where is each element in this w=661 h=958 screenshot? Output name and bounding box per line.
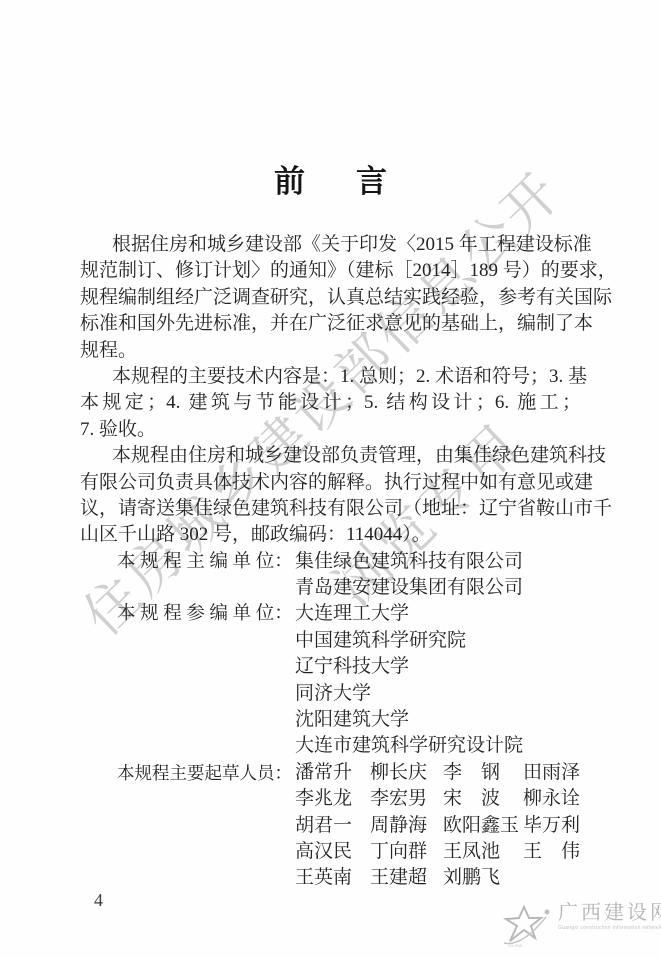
label-spacer (117, 786, 295, 812)
co-editor-unit: 辽宁科技大学 (295, 654, 409, 680)
drafter-name: 宋 波 (443, 786, 523, 812)
co-editor-row: 中国建筑科学研究院 (80, 628, 581, 654)
management-line: 山区千山路 302 号，邮政编码：114044）。 (80, 522, 581, 548)
drafters-label: 本规程主要起草人员： (117, 760, 295, 786)
label-spacer (117, 575, 295, 601)
drafter-names: 李兆龙 李宏男 宋 波 柳永诠 (295, 786, 581, 812)
drafter-name: 欧阳鑫玉 (443, 813, 523, 839)
drafter-name: 潘常升 (295, 760, 370, 786)
management-line: 议，请寄送集佳绿色建筑科技有限公司（地址：辽宁省鞍山市千 (80, 496, 581, 522)
intro-line: 规程。 (80, 338, 581, 364)
drafters-row: 胡君一 周静海 欧阳鑫玉 毕万利 (80, 813, 581, 839)
logo-tagline: Guangxi construction information network (558, 925, 661, 931)
label-spacer (117, 813, 295, 839)
drafter-names: 王英南 王建超 刘鹏飞 (295, 865, 581, 891)
drafters-row: 李兆龙 李宏男 宋 波 柳永诠 (80, 786, 581, 812)
drafter-name: 田雨泽 (523, 760, 581, 786)
drafter-name: 高汉民 (295, 839, 370, 865)
co-editor-row: 沈阳建筑大学 (80, 707, 581, 733)
site-logo: GXJSW 广西建设网 Guangxi construction informa… (500, 901, 658, 954)
drafter-name: 王 伟 (523, 839, 581, 865)
drafter-name: 柳永诠 (523, 786, 581, 812)
preface-body: 根据住房和城乡建设部《关于印发〈2015 年工程建设标准 规范制订、修订计划〉的… (80, 232, 581, 892)
contents-line: 7. 验收。 (80, 417, 581, 443)
drafter-name: 丁向群 (370, 839, 443, 865)
drafter-names: 胡君一 周静海 欧阳鑫玉 毕万利 (295, 813, 581, 839)
label-spacer (117, 865, 295, 891)
intro-line: 规范制订、修订计划〉的通知》（建标［2014］189 号）的要求， (80, 258, 581, 284)
co-editor-unit: 沈阳建筑大学 (295, 707, 409, 733)
management-line: 有限公司负责具体技术内容的解释。执行过程中如有意见或建 (80, 470, 581, 496)
chief-editor-row: 青岛建安建设集团有限公司 (80, 575, 581, 601)
drafter-name: 李宏男 (370, 786, 443, 812)
co-editor-row: 本 规 程 参 编 单 位： 大连理工大学 (80, 601, 581, 627)
drafter-name: 王建超 (370, 865, 443, 891)
contents-line: 本规程的主要技术内容是：1. 总则；2. 术语和符号；3. 基 (80, 364, 581, 390)
drafter-name: 周静海 (370, 813, 443, 839)
label-spacer (117, 654, 295, 680)
drafter-name: 毕万利 (523, 813, 581, 839)
drafter-name (523, 865, 581, 891)
co-editor-unit: 大连理工大学 (295, 601, 409, 627)
co-editor-unit: 同济大学 (295, 681, 371, 707)
drafters-row: 王英南 王建超 刘鹏飞 (80, 865, 581, 891)
contents-line: 本规定；4. 建筑与节能设计；5. 结构设计；6. 施工； (80, 390, 581, 416)
chief-editor-row: 本 规 程 主 编 单 位： 集佳绿色建筑科技有限公司 (80, 549, 581, 575)
intro-line: 根据住房和城乡建设部《关于印发〈2015 年工程建设标准 (80, 232, 581, 258)
drafter-name: 王英南 (295, 865, 370, 891)
drafter-name: 刘鹏飞 (443, 865, 523, 891)
drafter-name: 王凤池 (443, 839, 523, 865)
document-page: 住房城乡建设部信息公开 浏览专用 前 言 根据住房和城乡建设部《关于印发〈201… (0, 0, 661, 958)
chief-editor-unit: 集佳绿色建筑科技有限公司 (295, 549, 523, 575)
label-spacer (117, 628, 295, 654)
logo-text: 广西建设网 (558, 901, 661, 925)
co-editor-label: 本 规 程 参 编 单 位： (117, 601, 295, 627)
page-number: 4 (94, 890, 103, 911)
label-spacer (117, 681, 295, 707)
drafter-names: 潘常升 柳长庆 李 钢 田雨泽 (295, 760, 581, 786)
page-title: 前 言 (0, 156, 661, 201)
drafter-name: 李兆龙 (295, 786, 370, 812)
drafter-name: 柳长庆 (370, 760, 443, 786)
chief-editor-unit: 青岛建安建设集团有限公司 (295, 575, 523, 601)
drafter-name: 李 钢 (443, 760, 523, 786)
drafter-names: 高汉民 丁向群 王凤池 王 伟 (295, 839, 581, 865)
co-editor-row: 同济大学 (80, 681, 581, 707)
intro-line: 标准和国外先进标准，并在广泛征求意见的基础上，编制了本 (80, 311, 581, 337)
label-spacer (117, 839, 295, 865)
co-editor-row: 大连市建筑科学研究设计院 (80, 733, 581, 759)
co-editor-unit: 中国建筑科学研究院 (295, 628, 466, 654)
drafters-row: 高汉民 丁向群 王凤池 王 伟 (80, 839, 581, 865)
label-spacer (117, 733, 295, 759)
star-icon: GXJSW (500, 903, 554, 954)
co-editor-unit: 大连市建筑科学研究设计院 (295, 733, 523, 759)
drafters-row: 本规程主要起草人员： 潘常升 柳长庆 李 钢 田雨泽 (80, 760, 581, 786)
management-line: 本规程由住房和城乡建设部负责管理，由集佳绿色建筑科技 (80, 443, 581, 469)
svg-text:GXJSW: GXJSW (508, 943, 522, 948)
label-spacer (117, 707, 295, 733)
drafter-name: 胡君一 (295, 813, 370, 839)
chief-editor-label: 本 规 程 主 编 单 位： (117, 549, 295, 575)
co-editor-row: 辽宁科技大学 (80, 654, 581, 680)
intro-line: 规程编制组经广泛调查研究，认真总结实践经验，参考有关国际 (80, 285, 581, 311)
